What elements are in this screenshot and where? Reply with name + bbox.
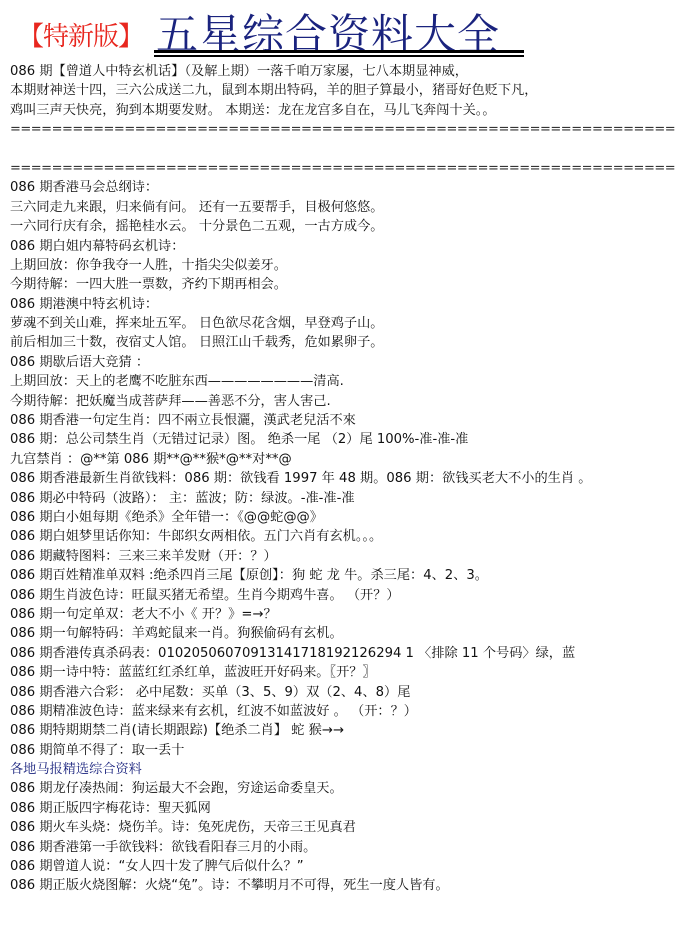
- title-underline: [154, 50, 524, 57]
- intro-line: 086 期【曾道人中特玄机话】（及解上期）一落千咱万家屡，七八本期显神威，: [10, 62, 675, 81]
- document-body: 086 期【曾道人中特玄机话】（及解上期）一落千咱万家屡，七八本期显神威， 本期…: [10, 62, 675, 896]
- section-line: 086 期香港第一手欲钱料：欲钱看阳春三月的小雨。: [10, 838, 675, 857]
- text-line: 上期回放：你争我夺一人胜，十指尖尖似姜牙。: [10, 256, 675, 275]
- section-line: 086 期火车头烧：烧伤羊。诗：兔死虎伤，天帝三王见真君: [10, 818, 675, 837]
- intro-line: 本期财神送十四，三六公成送二九，鼠到本期出特码，羊的胆子算最小，猪哥好色贬下凡，: [10, 81, 675, 100]
- text-line: 086 期港澳中特玄机诗：: [10, 295, 675, 314]
- text-line: 086 期精准波色诗：蓝来绿来有玄机，红波不如蓝波好 。 （开：？）: [10, 702, 675, 721]
- text-line: 086 期香港传真杀码表：010205060709131417181921262…: [10, 644, 675, 663]
- edition-badge: 【特新版】: [18, 16, 143, 53]
- text-line: 086 期特期期禁二肖(请长期跟踪)【绝杀二肖】 蛇 猴→→: [10, 721, 675, 740]
- section-line: 086 期正版四字梅花诗：聖天狐网: [10, 799, 675, 818]
- separator-line: ========================================…: [10, 120, 675, 139]
- text-line: 086 期香港马会总纲诗：: [10, 178, 675, 197]
- text-line: 086 期白小姐每期《绝杀》全年错一：《@@蛇@@》: [10, 508, 675, 527]
- separator-line: ========================================…: [10, 159, 675, 178]
- text-line: 086 期百姓精准单双料 :绝杀四肖三尾【原创】：狗 蛇 龙 牛。杀三尾：4、2…: [10, 566, 675, 585]
- text-line: 今期待解：一四大胜一票数，齐约下期再相会。: [10, 275, 675, 294]
- text-line: 上期回放：天上的老鹰不吃脏东西————————清高.: [10, 372, 675, 391]
- text-line: 086 期一诗中特：蓝蓝红红杀红单，蓝波旺开好码来。〖开？〗: [10, 663, 675, 682]
- spacer: [10, 140, 675, 159]
- text-line: 086 期生肖波色诗：旺鼠买猪无希望。生肖今期鸡牛喜。 （开？）: [10, 586, 675, 605]
- section-title: 各地马报精选综合资料: [10, 760, 675, 779]
- text-line: 086 期白姐内幕特码玄机诗：: [10, 237, 675, 256]
- text-line: 086 期一句定单双：老大不小《 开？》=→？: [10, 605, 675, 624]
- text-line: 086 期藏特图料：三来三来羊发财（开：？）: [10, 547, 675, 566]
- text-line: 086 期歇后语大竞猜 ：: [10, 353, 675, 372]
- section-line: 086 期正版火烧图解：火烧“兔”。诗：不攀明月不可得，死生一度人皆有。: [10, 876, 675, 895]
- text-line: 一六同行庆有余，摇艳桂水云。 十分景色二五观，一古方成今。: [10, 217, 675, 236]
- text-line: 086 期香港最新生肖欲钱料：086 期：欲钱看 1997 年 48 期。086…: [10, 469, 675, 488]
- text-line: 萝魂不到关山难，挥来址五军。 日色欲尽花含烟，早登鸡子山。: [10, 314, 675, 333]
- text-line: 今期待解：把妖魔当成菩萨拜——善恶不分，害人害己.: [10, 392, 675, 411]
- text-line: 086 期一句解特码：羊鸡蛇鼠来一肖。狗猴偷码有玄机。: [10, 624, 675, 643]
- text-line: 086 期简单不得了：取一丢十: [10, 741, 675, 760]
- text-line: 086 期香港一句定生肖：四不兩立長恨灑，漢武老兒活不來: [10, 411, 675, 430]
- text-line: 086 期香港六合彩： 必中尾数：买单（3、5、9）双（2、4、8）尾: [10, 683, 675, 702]
- text-line: 086 期必中特码（波路）： 主：蓝波；防：绿波。-准-准-准: [10, 489, 675, 508]
- text-line: 前后相加三十数，夜宿丈人馆。 日照江山千载秀，危如累卵子。: [10, 333, 675, 352]
- text-line: 九宫禁肖 ：@**第 086 期**@**猴*@**对**@: [10, 450, 675, 469]
- page-header: 【特新版】 五星综合资料大全: [0, 0, 679, 58]
- text-line: 三六同走九来跟，归来倘有问。 还有一五要帮手，目极何悠悠。: [10, 198, 675, 217]
- text-line: 086 期：总公司禁生肖（无错过记录）图。 绝杀一尾 （2）尾 100%-准-准…: [10, 430, 675, 449]
- text-line: 086 期白姐梦里话你知：牛郎织女两相依。五门六肖有玄机。。。: [10, 527, 675, 546]
- section-line: 086 期曾道人说：“女人四十发了脾气后似什么？”: [10, 857, 675, 876]
- section-line: 086 期龙仔凑热闹：狗运最大不会跑，穷途运命委皇天。: [10, 779, 675, 798]
- intro-line: 鸡叫三声天快亮，狗到本期要发财。 本期送：龙在龙宫多自在，马儿飞奔闯十关。。: [10, 101, 675, 120]
